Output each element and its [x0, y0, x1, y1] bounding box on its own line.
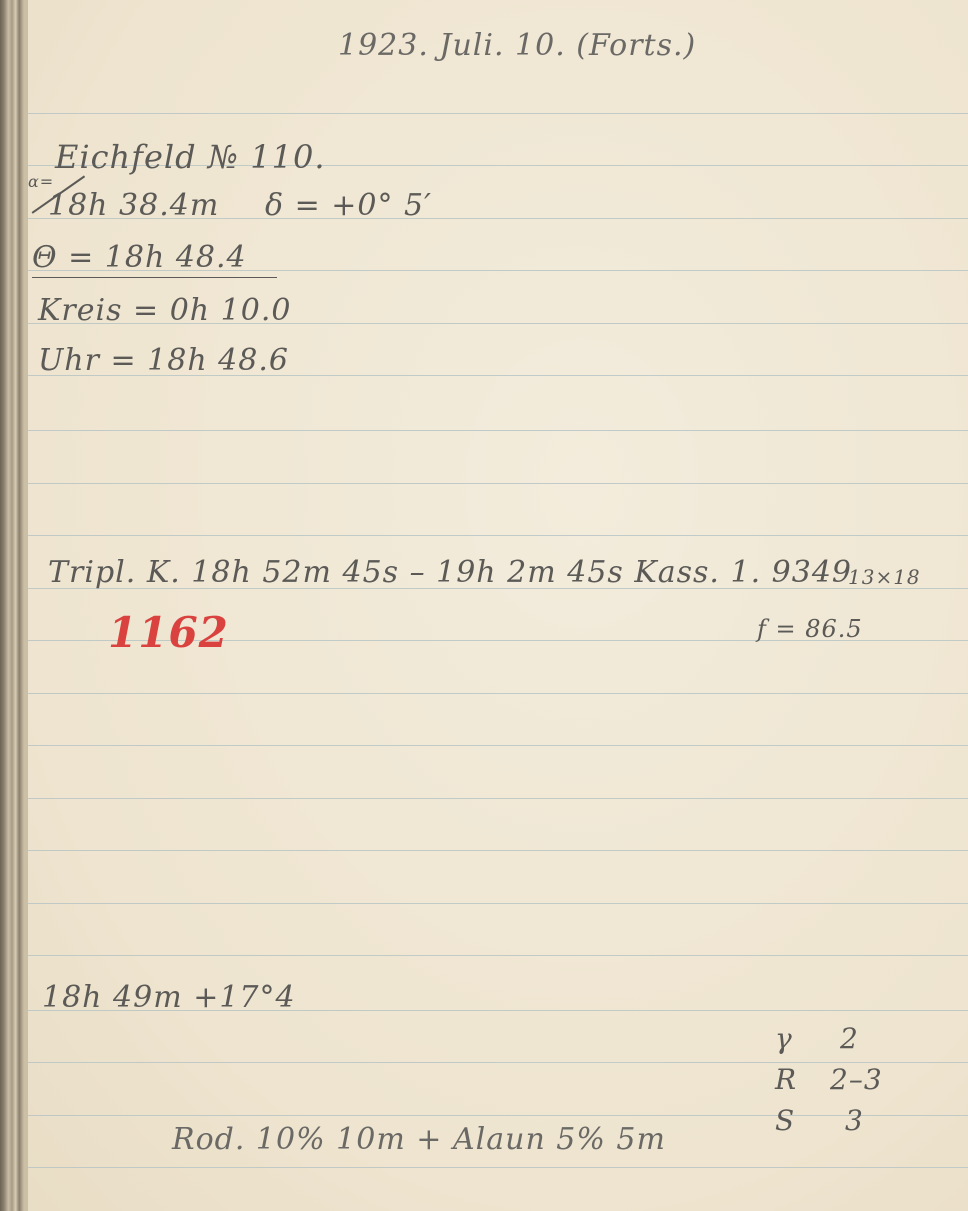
developer-note: Rod. 10% 10m + Alaun 5% 5m [172, 1122, 666, 1157]
ruled-line [28, 693, 968, 694]
ruled-line [28, 1167, 968, 1168]
page-date: 1923. Juli. 10. (Forts.) [338, 28, 696, 63]
ruled-line [28, 430, 968, 431]
ruled-line [28, 1115, 968, 1116]
ruled-line [28, 955, 968, 956]
plate-number: 1162 [108, 608, 229, 657]
sidereal-time: Θ = 18h 48.4 [32, 240, 277, 278]
rating-symbol: S [775, 1104, 795, 1137]
exposure-line: Tripl. K. 18h 52m 45s – 19h 2m 45s Kass.… [48, 555, 852, 590]
ruled-line [28, 903, 968, 904]
rating-symbol: γ [775, 1022, 793, 1055]
field-title: Eichfeld № 110. [55, 138, 326, 176]
kreis-reading: Kreis = 0h 10.0 [38, 293, 291, 328]
ruled-line [28, 1062, 968, 1063]
notebook-spine [0, 0, 24, 1211]
rating-value: 3 [845, 1104, 864, 1137]
notebook-page: 1923. Juli. 10. (Forts.) Eichfeld № 110.… [0, 0, 968, 1211]
focus-value: f = 86.5 [757, 615, 863, 643]
ruled-line [28, 745, 968, 746]
ruled-line [28, 113, 968, 114]
rating-value: 2 [840, 1022, 859, 1055]
ruled-line [28, 798, 968, 799]
ruled-line [28, 535, 968, 536]
plate-size: 13×18 [848, 565, 921, 589]
position-note: 18h 49m +17°4 [42, 980, 296, 1015]
declination: δ = +0° 5′ [265, 188, 432, 223]
alpha-value: 18h 38.4m [48, 188, 219, 223]
rating-symbol: R [775, 1063, 797, 1096]
ruled-line [28, 483, 968, 484]
uhr-reading: Uhr = 18h 48.6 [38, 343, 289, 378]
ruled-line [28, 850, 968, 851]
rating-value: 2–3 [830, 1063, 883, 1096]
